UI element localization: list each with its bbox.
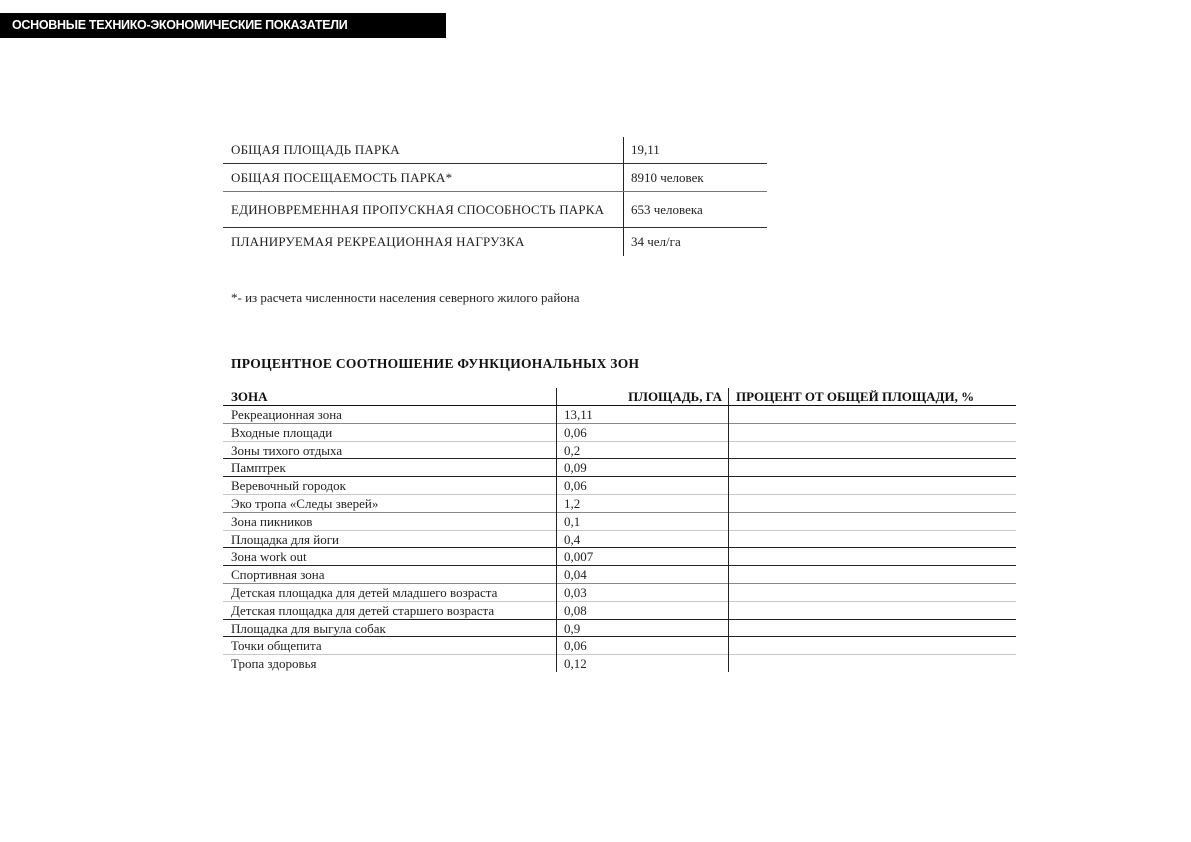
zones-column-divider xyxy=(556,388,557,672)
table-row: Площадка для йоги0,4 xyxy=(223,531,1016,549)
zone-area-cell: 0,04 xyxy=(556,566,728,583)
zone-area-cell: 0,03 xyxy=(556,584,728,601)
summary-value: 653 человека xyxy=(623,202,703,218)
zone-name-cell: Детская площадка для детей младшего возр… xyxy=(223,584,556,601)
zone-percent-cell xyxy=(728,566,1016,583)
zone-percent-cell xyxy=(728,584,1016,601)
zone-area-cell: 0,12 xyxy=(556,655,728,673)
summary-value: 8910 человек xyxy=(623,170,704,186)
table-row: Площадка для выгула собак0,9 xyxy=(223,620,1016,638)
table-row: Зоны тихого отдыха0,2 xyxy=(223,442,1016,460)
table-row: Эко тропа «Следы зверей»1,2 xyxy=(223,495,1016,513)
column-header-percent: ПРОЦЕНТ ОТ ОБЩЕЙ ПЛОЩАДИ, % xyxy=(728,388,1016,405)
zone-area-cell: 13,11 xyxy=(556,406,728,423)
summary-label: ЕДИНОВРЕМЕННАЯ ПРОПУСКНАЯ СПОСОБНОСТЬ ПА… xyxy=(223,203,623,217)
zone-percent-cell xyxy=(728,442,1016,459)
zone-percent-cell xyxy=(728,531,1016,548)
table-row: Веревочный городок0,06 xyxy=(223,477,1016,495)
zone-name-cell: Зона work out xyxy=(223,548,556,565)
zones-section-title: ПРОЦЕНТНОЕ СООТНОШЕНИЕ ФУНКЦИОНАЛЬНЫХ ЗО… xyxy=(231,356,639,372)
summary-label: ОБЩАЯ ПЛОЩАДЬ ПАРКА xyxy=(223,143,623,157)
summary-value: 19,11 xyxy=(623,142,660,158)
summary-table: ОБЩАЯ ПЛОЩАДЬ ПАРКА 19,11 ОБЩАЯ ПОСЕЩАЕМ… xyxy=(223,137,767,256)
zones-table-body: Рекреационная зона13,11Входные площади0,… xyxy=(223,406,1016,673)
page-header-title: ОСНОВНЫЕ ТЕХНИКО-ЭКОНОМИЧЕСКИЕ ПОКАЗАТЕЛ… xyxy=(0,13,446,38)
table-row: ОБЩАЯ ПОСЕЩАЕМОСТЬ ПАРКА* 8910 человек xyxy=(223,164,767,192)
zone-percent-cell xyxy=(728,477,1016,494)
table-row: Зона пикников0,1 xyxy=(223,513,1016,531)
zone-area-cell: 0,4 xyxy=(556,531,728,548)
zone-area-cell: 0,09 xyxy=(556,459,728,476)
table-row: Точки общепита0,06 xyxy=(223,637,1016,655)
zone-percent-cell xyxy=(728,495,1016,512)
zone-name-cell: Точки общепита xyxy=(223,637,556,654)
zone-area-cell: 0,06 xyxy=(556,424,728,441)
zone-name-cell: Спортивная зона xyxy=(223,566,556,583)
table-row: ЕДИНОВРЕМЕННАЯ ПРОПУСКНАЯ СПОСОБНОСТЬ ПА… xyxy=(223,192,767,228)
zone-name-cell: Эко тропа «Следы зверей» xyxy=(223,495,556,512)
zone-name-cell: Зона пикников xyxy=(223,513,556,530)
zone-name-cell: Рекреационная зона xyxy=(223,406,556,423)
table-row: Тропа здоровья0,12 xyxy=(223,655,1016,673)
zone-name-cell: Зоны тихого отдыха xyxy=(223,442,556,459)
table-row: ПЛАНИРУЕМАЯ РЕКРЕАЦИОННАЯ НАГРУЗКА 34 че… xyxy=(223,228,767,256)
summary-label: ПЛАНИРУЕМАЯ РЕКРЕАЦИОННАЯ НАГРУЗКА xyxy=(223,235,623,249)
zone-name-cell: Памптрек xyxy=(223,459,556,476)
zone-area-cell: 0,007 xyxy=(556,548,728,565)
zone-name-cell: Веревочный городок xyxy=(223,477,556,494)
zone-percent-cell xyxy=(728,424,1016,441)
zone-area-cell: 0,06 xyxy=(556,637,728,654)
zone-percent-cell xyxy=(728,406,1016,423)
zone-percent-cell xyxy=(728,620,1016,637)
zone-area-cell: 1,2 xyxy=(556,495,728,512)
summary-label: ОБЩАЯ ПОСЕЩАЕМОСТЬ ПАРКА* xyxy=(223,171,623,185)
footnote: *- из расчета численности населения севе… xyxy=(231,290,580,306)
column-header-zone: ЗОНА xyxy=(223,388,556,405)
zone-name-cell: Входные площади xyxy=(223,424,556,441)
table-row: Входные площади0,06 xyxy=(223,424,1016,442)
column-header-area: ПЛОЩАДЬ, ГА xyxy=(556,388,728,405)
zone-area-cell: 0,2 xyxy=(556,442,728,459)
summary-value: 34 чел/га xyxy=(623,234,681,250)
zone-percent-cell xyxy=(728,513,1016,530)
zone-name-cell: Площадка для выгула собак xyxy=(223,620,556,637)
zone-percent-cell xyxy=(728,637,1016,654)
zone-area-cell: 0,1 xyxy=(556,513,728,530)
zone-name-cell: Площадка для йоги xyxy=(223,531,556,548)
table-row: Детская площадка для детей младшего возр… xyxy=(223,584,1016,602)
table-row: Рекреационная зона13,11 xyxy=(223,406,1016,424)
table-row: Спортивная зона0,04 xyxy=(223,566,1016,584)
zones-table: ЗОНА ПЛОЩАДЬ, ГА ПРОЦЕНТ ОТ ОБЩЕЙ ПЛОЩАД… xyxy=(223,388,1016,673)
zone-name-cell: Детская площадка для детей старшего возр… xyxy=(223,602,556,619)
table-row: ОБЩАЯ ПЛОЩАДЬ ПАРКА 19,11 xyxy=(223,137,767,164)
zone-percent-cell xyxy=(728,548,1016,565)
zone-name-cell: Тропа здоровья xyxy=(223,655,556,673)
zone-percent-cell xyxy=(728,459,1016,476)
table-row: Детская площадка для детей старшего возр… xyxy=(223,602,1016,620)
zone-percent-cell xyxy=(728,655,1016,673)
zones-column-divider xyxy=(728,388,729,672)
zone-percent-cell xyxy=(728,602,1016,619)
table-row: Памптрек0,09 xyxy=(223,459,1016,477)
table-row: Зона work out0,007 xyxy=(223,548,1016,566)
zone-area-cell: 0,08 xyxy=(556,602,728,619)
zone-area-cell: 0,06 xyxy=(556,477,728,494)
zones-table-header: ЗОНА ПЛОЩАДЬ, ГА ПРОЦЕНТ ОТ ОБЩЕЙ ПЛОЩАД… xyxy=(223,388,1016,406)
zone-area-cell: 0,9 xyxy=(556,620,728,637)
